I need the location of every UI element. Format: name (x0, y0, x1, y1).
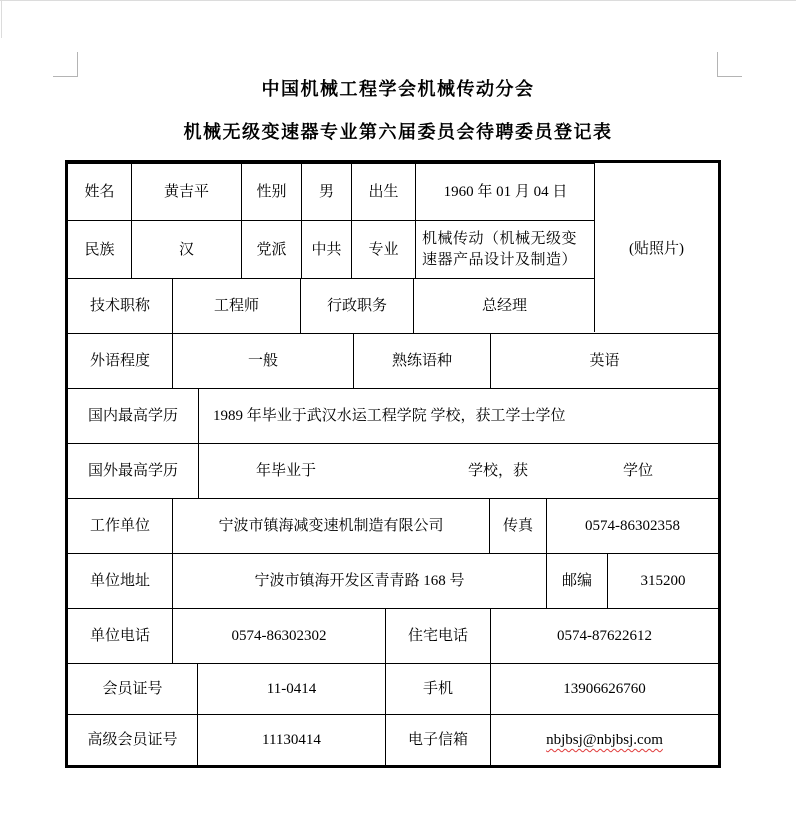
language-label: 熟练语种 (353, 334, 490, 388)
language-value: 英语 (490, 334, 718, 388)
ethnicity-label: 民族 (68, 221, 131, 278)
fax-value: 0574-86302358 (546, 499, 718, 553)
foreign-level-label: 外语程度 (68, 334, 172, 388)
office-phone-label: 单位电话 (68, 609, 172, 663)
page-top-edge (0, 0, 796, 1)
senior-member-id-value: 11130414 (197, 715, 385, 765)
home-phone-label: 住宅电话 (385, 609, 490, 663)
major-label: 专业 (351, 221, 415, 278)
table-row-employer: 工作单位 宁波市镇海减变速机制造有限公司 传真 0574-86302358 (68, 498, 718, 553)
senior-member-id-label: 高级会员证号 (68, 715, 197, 765)
mobile-value: 13906626760 (490, 664, 718, 714)
zip-value: 315200 (607, 554, 718, 608)
margin-corner-mark-right (717, 52, 742, 77)
document-page: 中国机械工程学会机械传动分会 机械无级变速器专业第六届委员会待聘委员登记表 (贴… (0, 0, 796, 839)
document-subtitle: 机械无级变速器专业第六届委员会待聘委员登记表 (0, 122, 796, 142)
foreign-level-value: 一般 (172, 334, 353, 388)
margin-corner-mark-left (53, 52, 78, 77)
office-phone-value: 0574-86302302 (172, 609, 385, 663)
registration-table: (贴照片) 姓名 黄吉平 性别 男 出生 1960 年 01 月 04 日 民族… (65, 160, 721, 768)
document-title: 中国机械工程学会机械传动分会 (0, 79, 796, 99)
email-text: nbjbsj@nbjbsj.com (546, 730, 663, 750)
ethnicity-value: 汉 (131, 221, 241, 278)
employer-label: 工作单位 (68, 499, 172, 553)
table-row-language: 外语程度 一般 熟练语种 英语 (68, 333, 718, 388)
mobile-label: 手机 (385, 664, 490, 714)
address-value: 宁波市镇海开发区青青路 168 号 (172, 554, 546, 608)
tech-title-value: 工程师 (172, 279, 300, 333)
domestic-education-value: 1989 年毕业于武汉水运工程学院 学校，获工学士学位 (198, 389, 718, 443)
name-value: 黄吉平 (131, 164, 241, 220)
overseas-education-part3: 学位 (623, 461, 653, 481)
overseas-education-value: 年毕业于 学校，获 学位 (198, 444, 718, 498)
table-row-phones: 单位电话 0574-86302302 住宅电话 0574-87622612 (68, 608, 718, 663)
birth-label: 出生 (351, 164, 415, 220)
overseas-education-part2: 学校，获 (468, 461, 528, 481)
party-label: 党派 (241, 221, 301, 278)
gender-value: 男 (301, 164, 351, 220)
zip-label: 邮编 (546, 554, 607, 608)
table-row-overseas-education: 国外最高学历 年毕业于 学校，获 学位 (68, 443, 718, 498)
home-phone-value: 0574-87622612 (490, 609, 718, 663)
fax-label: 传真 (489, 499, 546, 553)
birth-value: 1960 年 01 月 04 日 (415, 164, 595, 220)
party-value: 中共 (301, 221, 351, 278)
admin-post-value: 总经理 (413, 279, 595, 333)
address-label: 单位地址 (68, 554, 172, 608)
major-value: 机械传动（机械无级变速器产品设计及制造） (415, 221, 595, 278)
table-row-senior-member-id: 高级会员证号 11130414 电子信箱 nbjbsj@nbjbsj.com (68, 714, 718, 765)
page-left-edge (1, 0, 2, 38)
member-id-value: 11-0414 (197, 664, 385, 714)
name-label: 姓名 (68, 164, 131, 220)
member-id-label: 会员证号 (68, 664, 197, 714)
tech-title-label: 技术职称 (68, 279, 172, 333)
table-row-member-id: 会员证号 11-0414 手机 13906626760 (68, 663, 718, 714)
gender-label: 性别 (241, 164, 301, 220)
email-label: 电子信箱 (385, 715, 490, 765)
overseas-education-part1: 年毕业于 (256, 461, 316, 481)
table-row-domestic-education: 国内最高学历 1989 年毕业于武汉水运工程学院 学校，获工学士学位 (68, 388, 718, 443)
photo-placeholder-cell: (贴照片) (594, 163, 718, 332)
employer-value: 宁波市镇海减变速机制造有限公司 (172, 499, 489, 553)
admin-post-label: 行政职务 (300, 279, 413, 333)
domestic-education-label: 国内最高学历 (68, 389, 198, 443)
overseas-education-label: 国外最高学历 (68, 444, 198, 498)
email-value: nbjbsj@nbjbsj.com (490, 715, 718, 765)
table-row-address: 单位地址 宁波市镇海开发区青青路 168 号 邮编 315200 (68, 553, 718, 608)
